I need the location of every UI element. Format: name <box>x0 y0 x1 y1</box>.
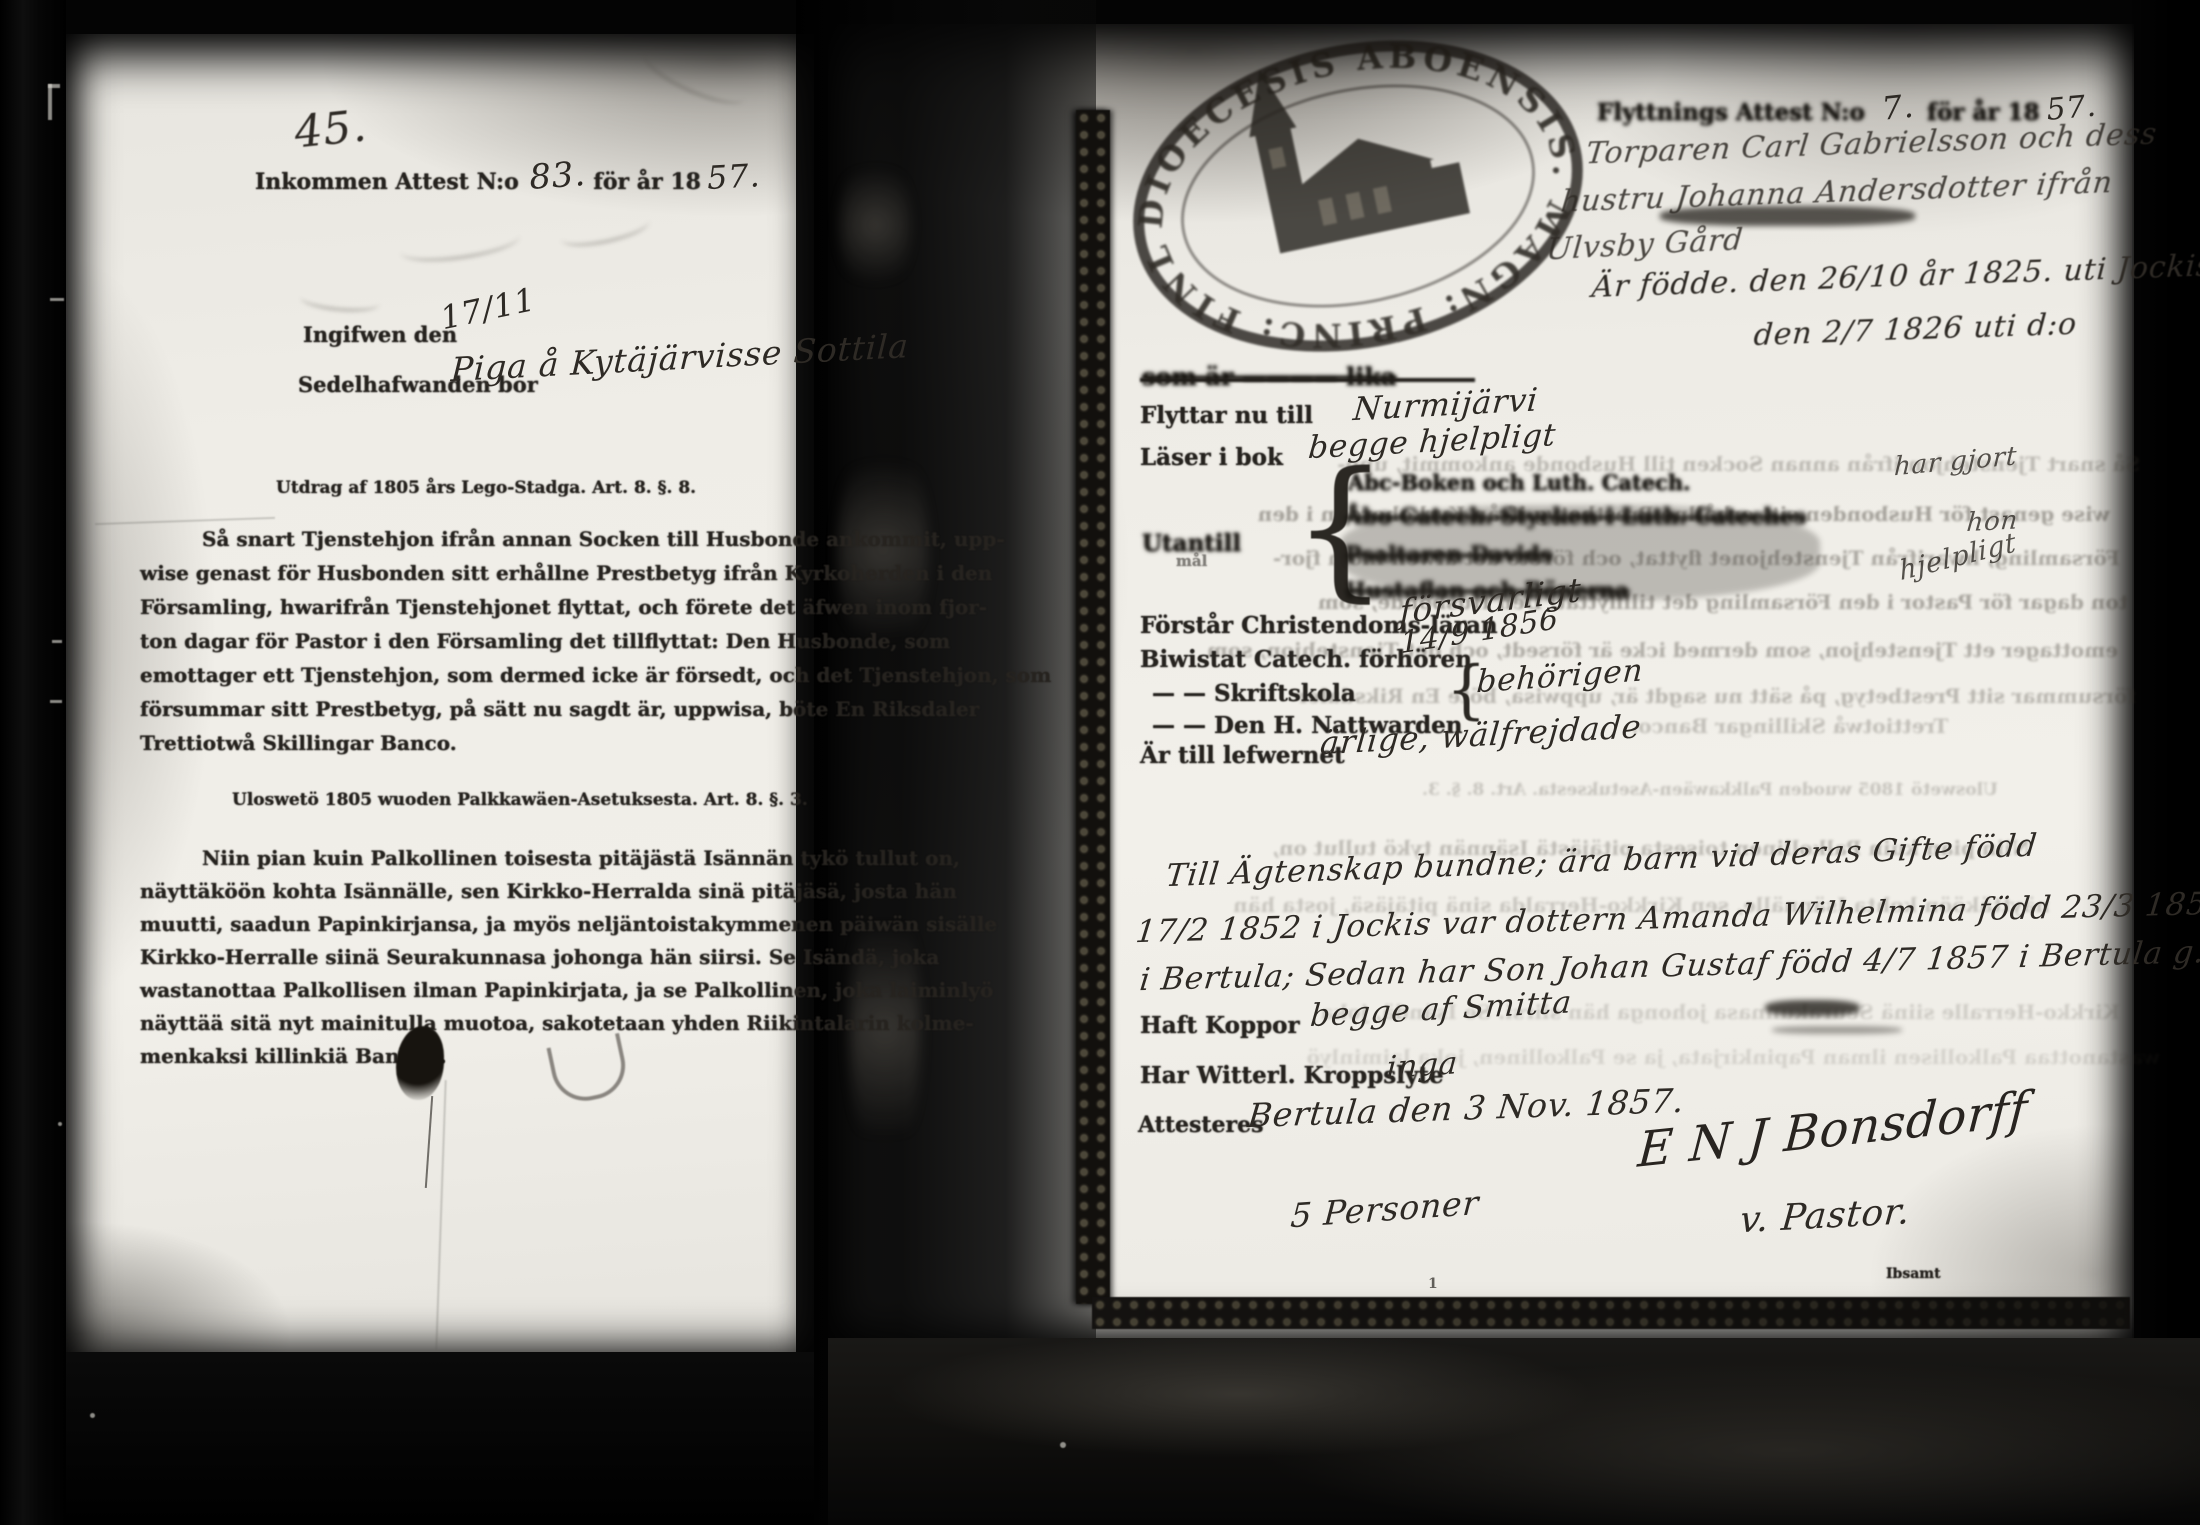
film-mark <box>1060 1442 1066 1448</box>
attest-number-handwritten: 7. <box>1880 87 1916 128</box>
paragraph-line: försummar sitt Prestbetyg, på sätt nu sa… <box>140 692 1051 726</box>
finnish-extract-heading: Uloswetö 1805 wuoden Palkkawäen-Asetukse… <box>232 790 808 810</box>
reads-in-book-label: Läser i bok <box>1140 444 1283 471</box>
swedish-extract-paragraph: Så snart Tjenstehjon ifrån annan Socken … <box>140 522 1051 760</box>
paragraph-line: Församling, hwarifrån Tjenstehjonet flyt… <box>140 590 1051 624</box>
lace-border-bottom <box>1092 1297 2130 1329</box>
margin-note: mål <box>1176 552 1207 570</box>
attest-year-handwritten: 57. <box>706 156 761 197</box>
paragraph-line: näyttäköön kohta Isännälle, sen Kirkko-H… <box>140 875 997 908</box>
lace-border-left <box>1076 110 1110 1304</box>
title-printed-prefix: Flyttnings Attest N:o <box>1597 99 1865 126</box>
paragraph-line: muutti, saadun Papinkirjansa, ja myös ne… <box>140 908 997 941</box>
strike-bar <box>1140 378 1475 382</box>
swedish-extract-heading: Utdrag af 1805 års Lego-Stadga. Art. 8. … <box>276 478 696 498</box>
bodily-defect-value: inga <box>1385 1045 1459 1086</box>
moved-to-label: Flyttar nu till <box>1140 402 1313 429</box>
printer-footer-mark: Ibsamt <box>1886 1266 1941 1282</box>
paragraph-line: Kirkko-Herralle siinä Seurakunnasa johon… <box>140 941 997 974</box>
bleed-through-text: Uloswetö 1805 wuoden Palkkawäen-Asetukse… <box>1350 780 2070 800</box>
film-edge-left <box>0 0 66 1525</box>
paragraph-line: wastanottaa Palkollisen ilman Papinkirja… <box>140 974 997 1007</box>
paragraph-line: emottager ett Tjenstehjon, som dermed ic… <box>140 658 1051 692</box>
film-edge-right <box>2132 0 2200 1525</box>
paragraph-line: Niin pian kuin Palkollinen toisesta pitä… <box>140 842 997 875</box>
finnish-extract-paragraph: Niin pian kuin Palkollinen toisesta pitä… <box>140 842 997 1073</box>
title-printed-mid: för år 18 <box>593 169 701 195</box>
received-date-label: Ingifwen den <box>303 322 457 347</box>
attest-number-handwritten: 83. <box>528 154 587 198</box>
paragraph-line: ton dagar för Pastor i den Församling de… <box>140 624 1051 658</box>
confirmation-school-label: — — Skriftskola <box>1152 680 1356 707</box>
page-tick-mark: 1 <box>1428 1276 1438 1292</box>
film-mark <box>52 640 62 643</box>
title-printed-prefix: Inkommen Attest N:o <box>255 169 519 195</box>
film-mark <box>50 298 64 301</box>
film-mark <box>48 84 52 120</box>
gutter-smudge <box>840 150 910 300</box>
smallpox-label: Haft Koppor <box>1140 1012 1300 1039</box>
struck-smudge <box>1660 206 1915 226</box>
struck-smudge <box>1772 1026 1902 1034</box>
bleed-through-text: wastanottaa Palkollisen ilman Papinkirja… <box>1440 1045 2160 1069</box>
paragraph-line: Så snart Tjenstehjon ifrån annan Socken … <box>140 522 1051 556</box>
paragraph-line: Trettiotwå Skillingar Banco. <box>140 726 1051 760</box>
film-mark <box>48 84 60 88</box>
film-mark <box>50 700 62 703</box>
microfilm-scan: 45. Inkommen Attest N:o 83. för år 18 57… <box>0 0 2200 1525</box>
film-mark <box>58 1122 62 1126</box>
by-heart-item: Abc-Boken och Luth. Catech. <box>1348 470 1690 495</box>
archival-corner-number: 45. <box>292 100 369 158</box>
scan-bottom-shadow <box>66 1352 814 1525</box>
paragraph-line: näyttää sitä nyt mainitulla muotoa, sako… <box>140 1007 997 1040</box>
incoming-attest-title: Inkommen Attest N:o 83. för år 18 57. <box>255 158 759 198</box>
conduct-label: Är till lefwernet <box>1140 742 1345 769</box>
attested-label: Attesteres <box>1138 1112 1264 1138</box>
struck-smudge <box>1765 1000 1860 1016</box>
paragraph-line: wise genast för Husbonden sitt erhållne … <box>140 556 1051 590</box>
film-mark <box>90 1413 95 1418</box>
scan-background-texture <box>828 1338 2200 1525</box>
struck-form-line: som är ———— lika <box>1142 362 1397 391</box>
